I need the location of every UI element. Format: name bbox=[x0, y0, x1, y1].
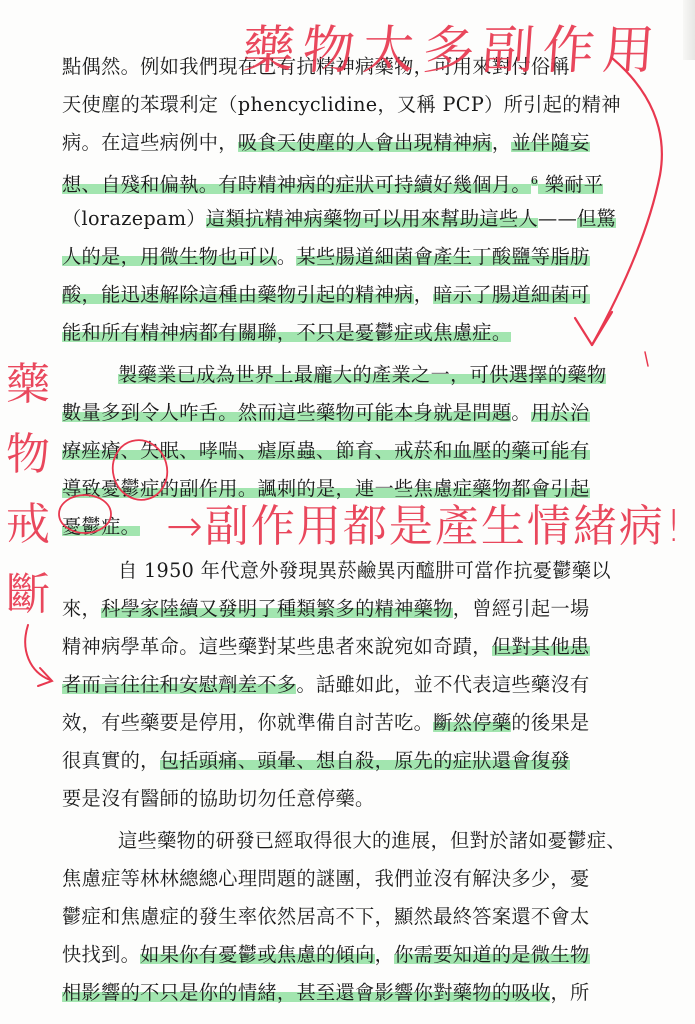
highlighted-text: 吸食天使塵的人會出現精神病 bbox=[238, 131, 492, 154]
text-segment: ，曾經引起一場 bbox=[453, 597, 590, 620]
text-line: 鬱症和焦慮症的發生率依然居高不下，顯然最終答案還不會太 bbox=[62, 902, 652, 932]
text-line: （lorazepam）這類抗精神病藥物可以用來幫助這些人——但驚 bbox=[62, 204, 652, 234]
scanned-book-page: 點偶然。例如我們現在已有抗精神病藥物，可用來對付俗稱天使塵的苯環利定（phenc… bbox=[0, 0, 695, 1024]
handwritten-note-side: 藥物戒斷 bbox=[2, 350, 54, 630]
text-line: 要是沒有醫師的協助切勿任意停藥。 bbox=[62, 784, 652, 814]
text-segment: 病。在這些病例中， bbox=[62, 131, 238, 154]
text-segment: （lorazepam） bbox=[62, 207, 206, 230]
highlighted-text: 人的是，用微生物也可以 bbox=[62, 245, 277, 268]
highlighted-text: 樂耐平 bbox=[538, 173, 603, 196]
text-line: 能和所有精神病都有關聯，不只是憂鬱症或焦慮症。 bbox=[62, 318, 652, 348]
text-line: 想、自殘和偏執。有時精神病的症狀可持續好幾個月。6 樂耐平 bbox=[62, 166, 652, 196]
text-segment: 焦慮症等林林總總心理問題的謎團，我們並沒有解決多少，憂 bbox=[62, 867, 590, 890]
highlighted-text: 並伴隨妄 bbox=[511, 131, 589, 154]
text-segment: —— bbox=[538, 207, 577, 230]
highlighted-text: 能和所有精神病都有關聯，不只是憂鬱症或焦慮症。 bbox=[62, 321, 511, 344]
highlighted-text: 某些腸道細菌會產生丁酸鹽等脂肪 bbox=[296, 245, 589, 268]
highlighted-text: 療痤瘡、失眠、哮喘、瘧原蟲、節育、戒菸和血壓的藥可能有 bbox=[62, 439, 590, 462]
text-segment: 。 bbox=[511, 401, 531, 424]
text-line: 相影響的不只是你的情緒，甚至還會影響你對藥物的吸收，所 bbox=[62, 978, 652, 1008]
highlighted-text: 但對其他患 bbox=[492, 635, 590, 658]
down-arrow-icon bbox=[25, 625, 50, 680]
text-line: 者而言往往和安慰劑差不多。話雖如此，並不代表這些藥沒有 bbox=[62, 670, 652, 700]
text-line: 酸，能迅速解除這種由藥物引起的精神病，暗示了腸道細菌可 bbox=[62, 280, 652, 310]
text-segment: 很真實的， bbox=[62, 749, 160, 772]
highlighted-text: 科學家陸續又發明了種類繁多的精神藥物 bbox=[101, 597, 453, 620]
text-segment: ， bbox=[414, 283, 434, 306]
highlighted-text: 酸，能迅速解除這種由藥物引起的精神病 bbox=[62, 283, 414, 306]
text-line: 效，有些藥要是停用，你就準備自討苦吃。斷然停藥的後果是 bbox=[62, 708, 652, 738]
text-segment: 鬱症和焦慮症的發生率依然居高不下，顯然最終答案還不會太 bbox=[62, 905, 590, 928]
text-segment: 精神病學革命。這些藥對某些患者來說宛如奇蹟， bbox=[62, 635, 492, 658]
text-segment: ， bbox=[375, 943, 395, 966]
text-segment: 。話雖如此，並不代表這些藥沒有 bbox=[296, 673, 589, 696]
text-line: 數量多到令人咋舌。然而這些藥物可能本身就是問題。用於治 bbox=[62, 398, 652, 428]
highlighted-text: 但驚 bbox=[577, 207, 616, 230]
text-line: 人的是，用微生物也可以。某些腸道細菌會產生丁酸鹽等脂肪 bbox=[62, 242, 652, 272]
text-line: 快找到。如果你有憂鬱或焦慮的傾向，你需要知道的是微生物 bbox=[62, 940, 652, 970]
text-line: 製藥業已成為世界上最龐大的產業之一，可供選擇的藥物 bbox=[118, 360, 652, 390]
highlighted-text: 這類抗精神病藥物可以用來幫助這些人 bbox=[206, 207, 538, 230]
highlighted-text: 如果你有憂鬱或焦慮的傾向 bbox=[140, 943, 374, 966]
text-line: 自 1950 年代意外發現異菸鹼異丙醯肼可當作抗憂鬱藥以 bbox=[118, 556, 652, 586]
text-segment: 要是沒有醫師的協助切勿任意停藥。 bbox=[62, 787, 375, 810]
highlighted-text: 想、自殘和偏執。有時精神病的症狀可持續好幾個月。 bbox=[62, 173, 531, 196]
text-line: 精神病學革命。這些藥對某些患者來說宛如奇蹟，但對其他患 bbox=[62, 632, 652, 662]
page-edge-shadow bbox=[683, 0, 695, 60]
highlighted-text: 數量多到令人咋舌。然而這些藥物可能本身就是問題 bbox=[62, 401, 511, 424]
text-segment: 快找到。 bbox=[62, 943, 140, 966]
text-line: 很真實的，包括頭痛、頭暈、想自殺，原先的症狀還會復發 bbox=[62, 746, 652, 776]
highlighted-text: 斷然停藥 bbox=[433, 711, 511, 734]
highlighted-text: 用於治 bbox=[531, 401, 590, 424]
handwritten-note-bottom: →副作用都是產生情緒病! bbox=[166, 490, 685, 554]
handwritten-note-top: 藥物太多副作用 bbox=[240, 8, 665, 83]
text-segment: ，所 bbox=[550, 981, 589, 1004]
highlighted-text: 包括頭痛、頭暈、想自殺，原先的症狀還會復發 bbox=[160, 749, 570, 772]
text-line: 療痤瘡、失眠、哮喘、瘧原蟲、節育、戒菸和血壓的藥可能有 bbox=[62, 436, 652, 466]
highlighted-text: 你需要知道的是微生物 bbox=[394, 943, 589, 966]
text-segment: 的後果是 bbox=[511, 711, 589, 734]
highlighted-text: 者而言往往和安慰劑差不多 bbox=[62, 673, 296, 696]
highlighted-text: 製藥業已成為世界上最龐大的產業之一，可供選擇的藥物 bbox=[118, 363, 606, 386]
highlighted-text: 暗示了腸道細菌可 bbox=[433, 283, 589, 306]
highlighted-text: 相影響的不只是你的情緒，甚至還會影響你對藥物的吸收 bbox=[62, 981, 550, 1004]
text-segment: 。 bbox=[277, 245, 297, 268]
text-line: 天使塵的苯環利定（phencyclidine，又稱 PCP）所引起的精神 bbox=[62, 90, 652, 120]
text-line: 病。在這些病例中，吸食天使塵的人會出現精神病，並伴隨妄 bbox=[62, 128, 652, 158]
text-segment: 這些藥物的研發已經取得很大的進展，但對於諸如憂鬱症、 bbox=[118, 829, 626, 852]
text-segment: 效，有些藥要是停用，你就準備自討苦吃。 bbox=[62, 711, 433, 734]
text-line: 焦慮症等林林總總心理問題的謎團，我們並沒有解決多少，憂 bbox=[62, 864, 652, 894]
highlighted-text: 憂鬱症。 bbox=[62, 515, 140, 538]
text-segment: ， bbox=[492, 131, 512, 154]
text-segment: 來， bbox=[62, 597, 101, 620]
text-segment: 自 1950 年代意外發現異菸鹼異丙醯肼可當作抗憂鬱藥以 bbox=[118, 559, 611, 582]
text-segment: 天使塵的苯環利定（phencyclidine，又稱 PCP）所引起的精神 bbox=[62, 93, 621, 116]
text-line: 來，科學家陸續又發明了種類繁多的精神藥物，曾經引起一場 bbox=[62, 594, 652, 624]
text-line: 這些藥物的研發已經取得很大的進展，但對於諸如憂鬱症、 bbox=[118, 826, 652, 856]
